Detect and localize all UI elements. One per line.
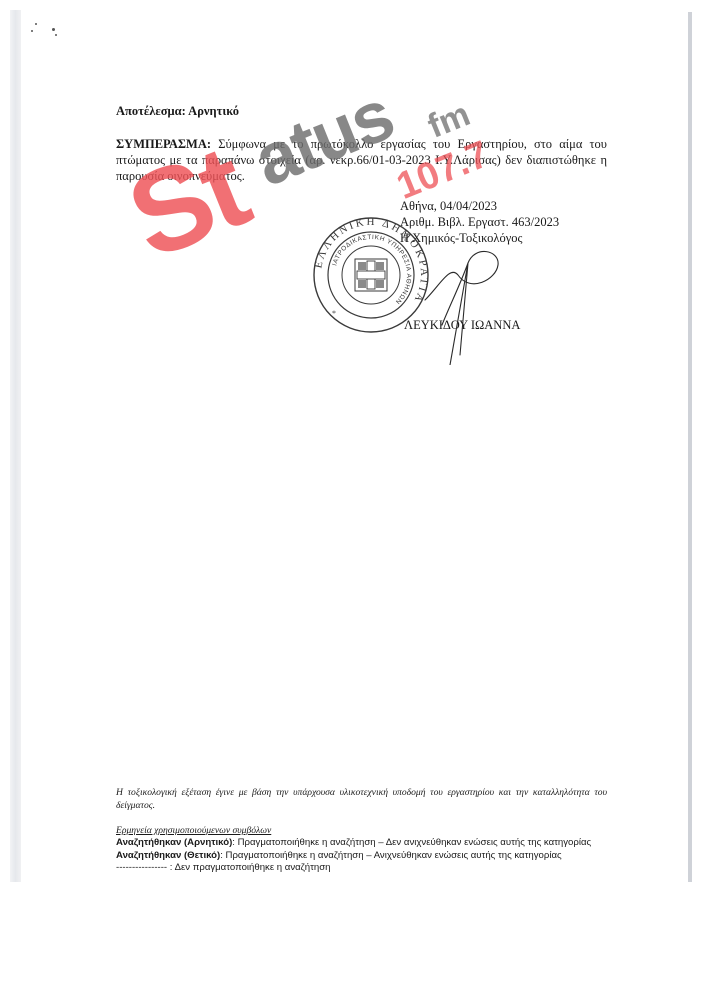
svg-text:*: * <box>404 237 408 246</box>
greek-cross-icon <box>355 259 387 291</box>
footnote: Η τοξικολογική εξέταση έγινε με βάση την… <box>116 786 607 812</box>
legend-item-negative: Αναζητήθηκαν (Αρνητικό): Πραγματοποιήθηκ… <box>116 837 607 850</box>
handwritten-signature <box>420 245 530 365</box>
legend: Αναζητήθηκαν (Αρνητικό): Πραγματοποιήθηκ… <box>116 837 607 875</box>
legend-title: Ερμηνεία χρησιμοποιούμενων συμβόλων <box>116 825 271 836</box>
svg-text:*: * <box>332 309 336 318</box>
scan-specks <box>30 20 60 40</box>
result-value: Αρνητικό <box>188 104 239 118</box>
result-line: Αποτέλεσμα: Αρνητικό <box>116 104 239 119</box>
legend-item-positive: Αναζητήθηκαν (Θετικό): Πραγματοποιήθηκε … <box>116 850 607 863</box>
result-label: Αποτέλεσμα: <box>116 104 186 118</box>
scan-edge-left <box>10 10 21 882</box>
scan-edge-right <box>688 12 692 882</box>
legend-item-not-searched: ---------------- : Δεν πραγματοποιήθηκε … <box>116 862 607 875</box>
official-stamp: ΕΛΛΗΝΙΚΗ ΔΗΜΟΚΡΑΤΙΑ ΙΑΤΡΟΔΙΚΑΣΤΙΚΗ ΥΠΗΡΕ… <box>312 216 430 334</box>
